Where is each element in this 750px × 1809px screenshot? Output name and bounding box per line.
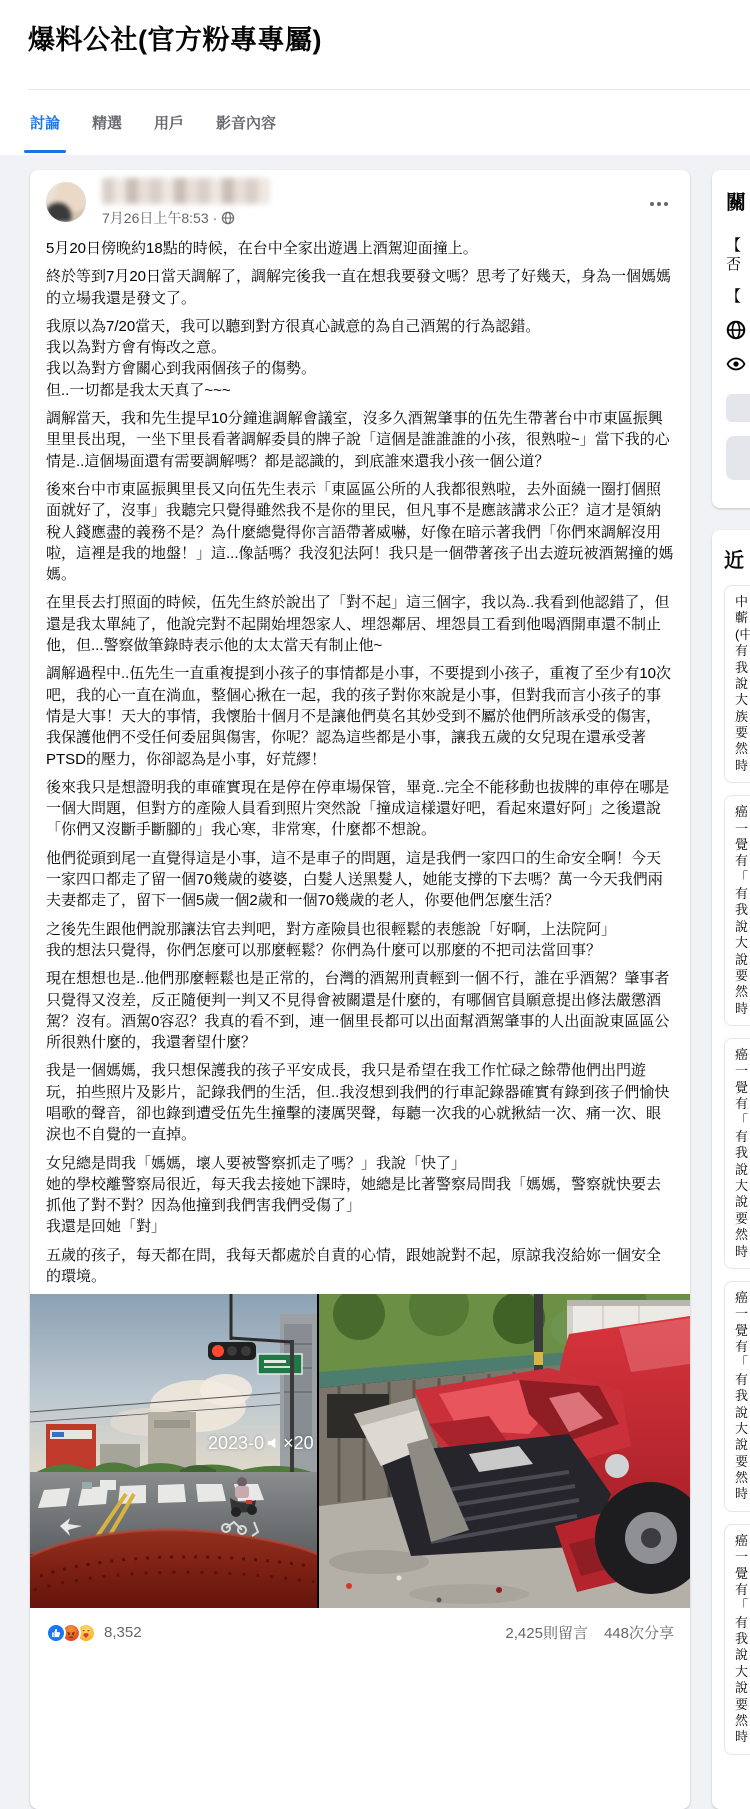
tab-discussion-label: 討論 <box>30 112 60 133</box>
page-title: 爆料公社(官方粉專專屬) <box>28 18 322 57</box>
tab-media-label: 影音內容 <box>216 112 276 133</box>
post-meta: 7月26日上午8:53 · <box>102 208 235 228</box>
recent-posts-list: 中蘄(中有我說大族要然時癌一覺有「有我說大說要然時癌一覺有「有我說大說要然時癌一… <box>724 585 750 1755</box>
eye-icon <box>726 354 750 374</box>
about-line: 否 <box>726 256 750 275</box>
post-paragraph: 我是一個媽媽，我只想保護我的孩子平安成長，我只是希望在我工作忙碌之餘帶他們出門遊… <box>46 1060 674 1145</box>
about-line: 【 <box>726 285 750 306</box>
post-paragraph: 在里長去打照面的時候，伍先生終於說出了「對不起」這三個字，我以為..我看到他認錯… <box>46 592 674 656</box>
recent-posts-card: 近 中蘄(中有我說大族要然時癌一覺有「有我說大說要然時癌一覺有「有我說大說要然時… <box>712 530 750 1809</box>
globe-icon <box>221 211 235 225</box>
about-line: 【 <box>726 237 750 256</box>
timestamp-left: 2023-0 <box>208 1433 264 1454</box>
post-card: 7月26日上午8:53 · 5月20日傍晚約18點的時候，在台中全家出遊遇上酒駕… <box>30 170 690 1809</box>
globe-icon <box>726 320 750 340</box>
recent-heading: 近 <box>724 544 750 573</box>
post-footer: 8,352 2,425則留言 448次分享 <box>30 1608 690 1657</box>
post-paragraph: 現在想想也是..他們那麼輕鬆也是正常的，台灣的酒駕刑責輕到一個不行，誰在乎酒駕？… <box>46 968 674 1053</box>
recent-post-item[interactable]: 癌一覺有「有我說大說要然時 <box>724 1281 750 1512</box>
post-images: 2023-0 ×20 <box>30 1294 690 1608</box>
reaction-summary[interactable]: 8,352 <box>46 1623 142 1643</box>
crashed-car-photo[interactable] <box>319 1294 690 1608</box>
group-header: 爆料公社(官方粉專專屬) 討論 精選 用戶 影音內容 <box>0 0 750 155</box>
tab-featured-label: 精選 <box>92 112 122 133</box>
recent-post-item[interactable]: 癌一覺有「有我說大說要然時 <box>724 1524 750 1755</box>
tab-members[interactable]: 用戶 <box>138 90 200 155</box>
post-paragraph: 後來台中市東區振興里長又向伍先生表示「東區區公所的人我都很熟啦，去外面繞一圈打個… <box>46 479 674 585</box>
post-text: 5月20日傍晚約18點的時候，在台中全家出遊遇上酒駕迎面撞上。 終於等到7月20… <box>30 232 690 1287</box>
recent-post-item[interactable]: 中蘄(中有我說大族要然時 <box>724 585 750 783</box>
avatar-blurred-photo <box>46 182 86 222</box>
tab-discussion[interactable]: 討論 <box>14 90 76 155</box>
about-text: 【 否 <box>726 237 750 275</box>
post-paragraph: 之後先生跟他們說那讓法官去判吧，對方產險員也很輕鬆的表態說「好啊，上法院阿」 我… <box>46 919 674 962</box>
about-button[interactable] <box>726 394 750 422</box>
recent-post-item[interactable]: 癌一覺有「有我說大說要然時 <box>724 795 750 1026</box>
shares-count[interactable]: 448次分享 <box>604 1622 674 1643</box>
speaker-mute-icon <box>266 1286 281 1600</box>
meta-dot: · <box>213 210 218 226</box>
post-paragraph: 後來我只是想證明我的車確實現在是停在停車場保管，畢竟..完全不能移動也拔牌的車停… <box>46 777 674 841</box>
like-reaction-icon <box>46 1623 66 1643</box>
facebook-group-page: { "colors": { "accent": "#1b74e4", "back… <box>0 0 750 1809</box>
post-paragraph: 調解過程中..伍先生一直重複提到小孩子的事情都是小事，不要提到小孩子，重複了至少… <box>46 663 674 769</box>
post-paragraph: 5月20日傍晚約18點的時候，在台中全家出遊遇上酒駕迎面撞上。 <box>46 238 674 259</box>
about-button[interactable] <box>726 436 750 480</box>
post-paragraph: 五歲的孩子，每天都在問，我每天都處於自責的心情，跟她說對不起，原諒我沒給妳一個安… <box>46 1245 674 1288</box>
avatar[interactable] <box>46 182 86 222</box>
post-paragraph: 終於等到7月20日當天調解了，調解完後我一直在想我要發文嗎？思考了好幾天，身為一… <box>46 266 674 309</box>
tab-media[interactable]: 影音內容 <box>200 90 292 155</box>
dashcam-timestamp: 2023-0 ×20 <box>208 1286 314 1600</box>
post-paragraph: 調解當天，我和先生提早10分鐘進調解會議室，沒多久酒駕肇事的伍先生帶著台中市東區… <box>46 408 674 472</box>
post-paragraph: 他們從頭到尾一直覺得這是小事，這不是車子的問題，這是我們一家四口的生命安全啊！今… <box>46 848 674 912</box>
post-paragraph: 女兒總是問我「媽媽，壞人要被警察抓走了嗎？」我說「快了」 她的學校離警察局很近，… <box>46 1153 674 1238</box>
post-paragraph: 我原以為7/20當天，我可以聽到對方很真心誠意的為自己酒駕的行為認錯。 我以為對… <box>46 316 674 401</box>
post-timestamp[interactable]: 7月26日上午8:53 <box>102 208 209 228</box>
tab-bar: 討論 精選 用戶 影音內容 <box>14 90 292 155</box>
comments-count[interactable]: 2,425則留言 <box>505 1622 588 1643</box>
post-options-icon[interactable] <box>644 196 674 212</box>
author-name-blurred[interactable] <box>102 178 270 204</box>
about-card: 關 【 否 【 <box>712 170 750 508</box>
tab-featured[interactable]: 精選 <box>76 90 138 155</box>
reaction-count[interactable]: 8,352 <box>104 1624 142 1641</box>
recent-post-item[interactable]: 癌一覺有「有我說大說要然時 <box>724 1038 750 1269</box>
tab-members-label: 用戶 <box>154 112 184 133</box>
about-heading: 關 <box>726 186 750 215</box>
timestamp-right: ×20 <box>283 1433 314 1454</box>
post-header: 7月26日上午8:53 · <box>30 170 690 232</box>
post-stats: 2,425則留言 448次分享 <box>505 1622 674 1643</box>
